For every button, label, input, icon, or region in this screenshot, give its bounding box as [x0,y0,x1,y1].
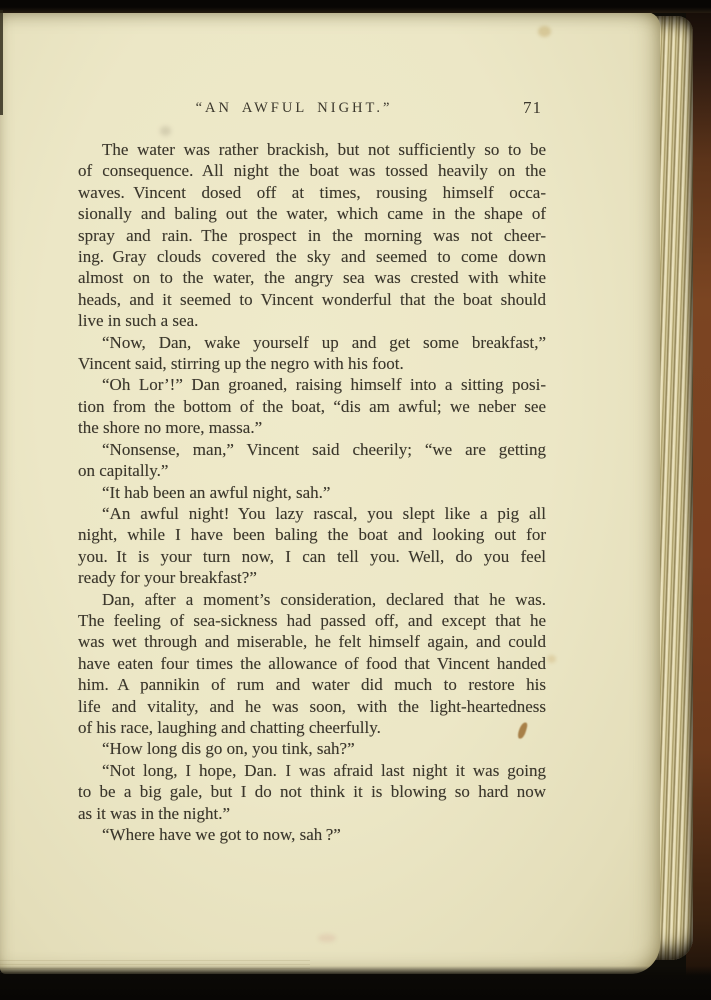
text-line: was wet through and miserable, he felt h… [78,631,546,652]
text-line: life and vitality, and he was soon, with… [78,696,546,717]
text-line: sionally and baling out the water, which… [78,203,546,224]
text-line: “It hab been an awful night, sah.” [78,482,546,503]
body-text: The water was rather brackish, but not s… [78,139,546,845]
text-line: spray and rain. The prospect in the morn… [78,225,546,246]
text-line: of his race, laughing and chatting cheer… [78,717,546,738]
text-line: almost on to the water, the angry sea wa… [78,267,546,288]
text-line: “An awful night! You lazy rascal, you sl… [78,503,546,524]
paragraph: “Not long, I hope, Dan. I was afraid las… [78,760,546,824]
text-line: night, while I have been baling the boat… [78,524,546,545]
text-line: The water was rather brackish, but not s… [78,139,546,160]
text-line: “Oh Lor’!” Dan groaned, raising himself … [78,374,546,395]
paragraph: The water was rather brackish, but not s… [78,139,546,332]
scan-left-border [0,10,3,115]
text-line: The feeling of sea-sickness had passed o… [78,610,546,631]
text-line: “Nonsense, man,” Vincent said cheerily; … [78,439,546,460]
text-line: Vincent said, stirring up the negro with… [78,353,546,374]
text-line: waves. Vincent dosed off at times, rousi… [78,182,546,203]
text-line: him. A pannikin of rum and water did muc… [78,674,546,695]
scan-bottom-border [0,966,711,1000]
paragraph: Dan, after a moment’s consideration, dec… [78,589,546,739]
page-content: “AN AWFUL NIGHT.” 71 The water was rathe… [78,98,546,845]
paragraph: “It hab been an awful night, sah.” [78,482,546,503]
paragraph: “Oh Lor’!” Dan groaned, raising himself … [78,374,546,438]
text-line: Dan, after a moment’s consideration, dec… [78,589,546,610]
scan-top-border [0,0,711,13]
text-line: ready for your breakfast?” [78,567,546,588]
text-line: of consequence. All night the boat was t… [78,160,546,181]
paragraph: “Where have we got to now, sah ?” [78,824,546,845]
paragraph: “An awful night! You lazy rascal, you sl… [78,503,546,589]
running-head: “AN AWFUL NIGHT.” 71 [78,98,546,139]
page-number: 71 [523,98,542,118]
text-line: “Not long, I hope, Dan. I was afraid las… [78,760,546,781]
text-line: to be a big gale, but I do not think it … [78,781,546,802]
paragraph: “How long dis go on, you tink, sah?” [78,738,546,759]
text-line: on capitally.” [78,460,546,481]
chapter-title: “AN AWFUL NIGHT.” [78,100,510,117]
text-line: tion from the bottom of the boat, “dis a… [78,396,546,417]
text-line: “How long dis go on, you tink, sah?” [78,738,546,759]
text-line: live in such a sea. [78,310,546,331]
text-line: ing. Gray clouds covered the sky and see… [78,246,546,267]
text-line: the shore no more, massa.” [78,417,546,438]
text-line: as it was in the night.” [78,803,546,824]
text-line: “Where have we got to now, sah ?” [78,824,546,845]
paragraph: “Nonsense, man,” Vincent said cheerily; … [78,439,546,482]
text-line: you. It is your turn now, I can tell you… [78,546,546,567]
text-line: heads, and it seemed to Vincent wonderfu… [78,289,546,310]
text-line: have eaten four times the allowance of f… [78,653,546,674]
paragraph: “Now, Dan, wake yourself up and get some… [78,332,546,375]
text-line: “Now, Dan, wake yourself up and get some… [78,332,546,353]
